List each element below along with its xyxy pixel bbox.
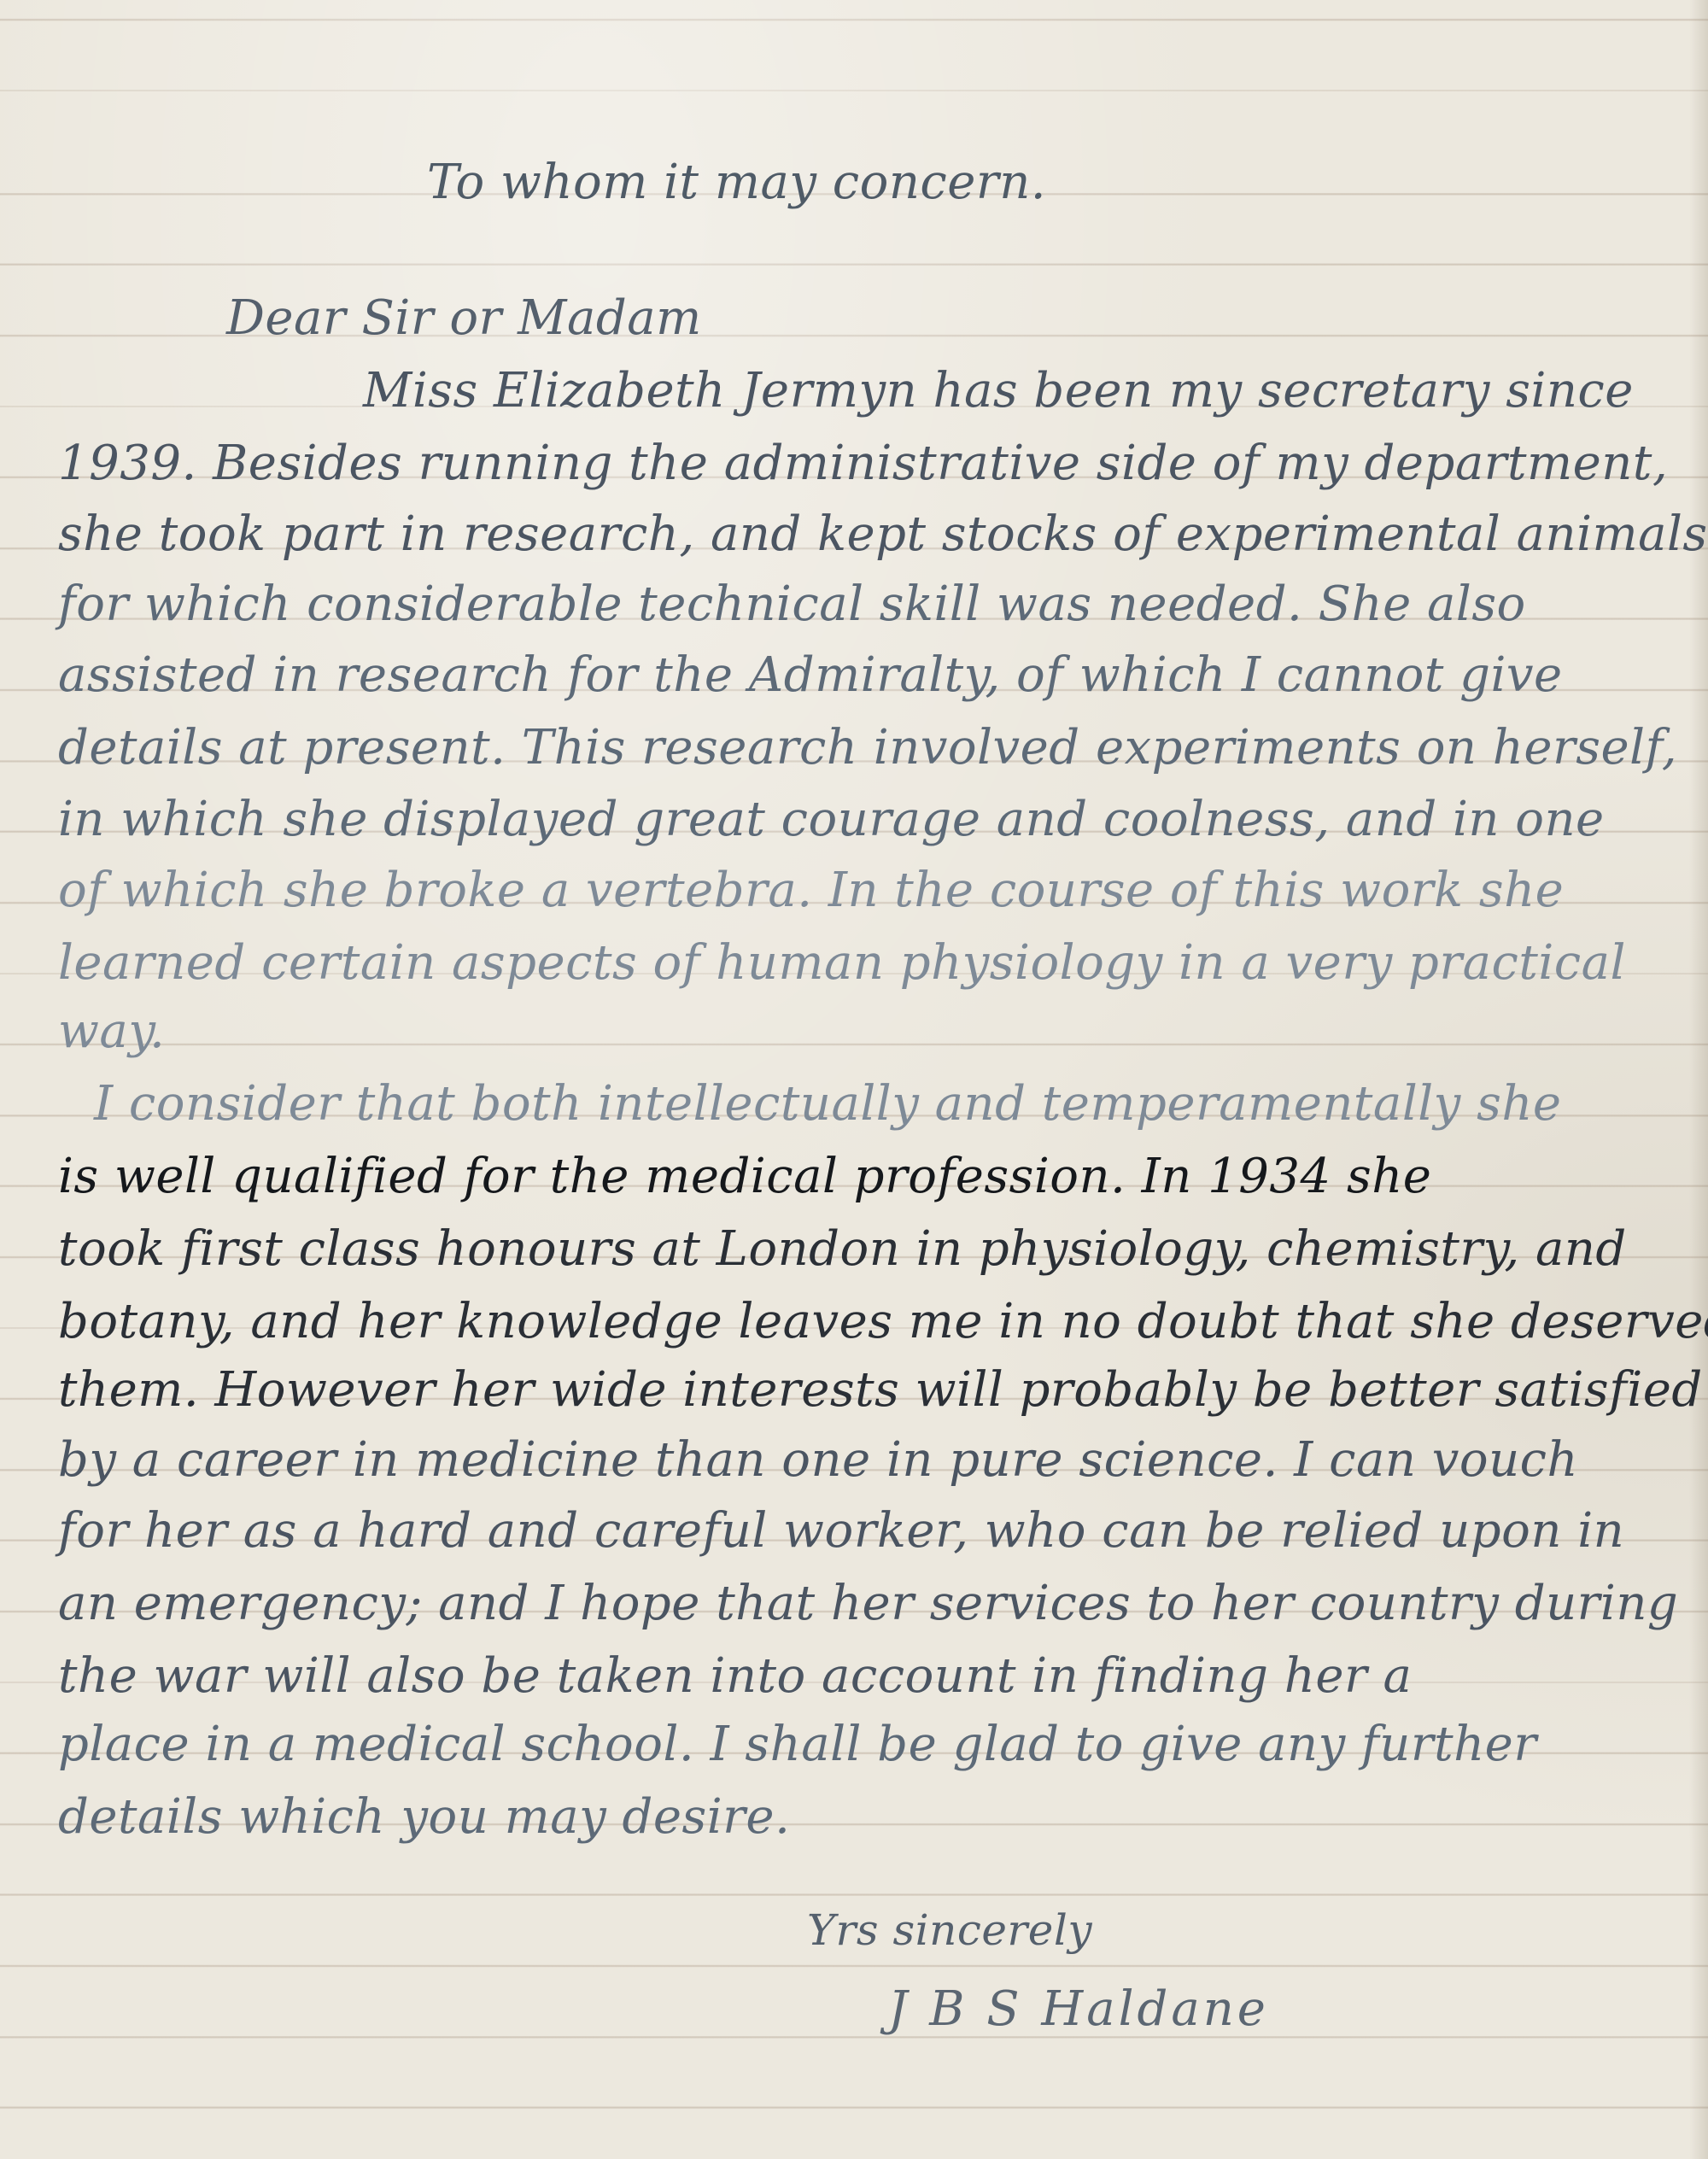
body-line: them. However her wide interests will pr…	[58, 1366, 1703, 1414]
body-line: details which you may desire.	[58, 1793, 790, 1841]
body-line: way.	[58, 1008, 165, 1056]
body-line: in which she displayed great courage and…	[58, 796, 1605, 844]
body-line: I consider that both intellectually and …	[94, 1080, 1562, 1128]
body-line: took first class honours at London in ph…	[58, 1226, 1627, 1273]
body-line: learned certain aspects of human physiol…	[58, 939, 1626, 987]
body-line: the war will also be taken into account …	[58, 1653, 1412, 1700]
body-line: place in a medical school. I shall be gl…	[58, 1721, 1537, 1769]
body-line: an emergency; and I hope that her servic…	[58, 1580, 1678, 1628]
body-line: is well qualified for the medical profes…	[58, 1153, 1431, 1201]
letter-page: To whom it may concern. Dear Sir or Mada…	[0, 0, 1708, 2159]
body-line: by a career in medicine than one in pure…	[58, 1436, 1578, 1484]
body-line: for which considerable technical skill w…	[58, 581, 1526, 629]
body-line: she took part in research, and kept stoc…	[58, 511, 1708, 559]
letter-salutation: Dear Sir or Madam	[226, 295, 702, 342]
body-line: of which she broke a vertebra. In the co…	[58, 867, 1564, 915]
body-line: botany, and her knowledge leaves me in n…	[58, 1298, 1708, 1346]
letter-closing: Yrs sincerely	[807, 1909, 1092, 1951]
body-line: for her as a hard and careful worker, wh…	[58, 1507, 1624, 1555]
body-line: 1939. Besides running the administrative…	[58, 440, 1668, 488]
letter-heading: To whom it may concern.	[427, 159, 1046, 207]
body-line: details at present. This research involv…	[58, 724, 1677, 772]
body-line: assisted in research for the Admiralty, …	[58, 652, 1563, 699]
body-line: Miss Elizabeth Jermyn has been my secret…	[363, 367, 1634, 415]
page-edge-shadow	[1689, 0, 1708, 2159]
signature: J B S Haldane	[888, 1986, 1269, 2033]
